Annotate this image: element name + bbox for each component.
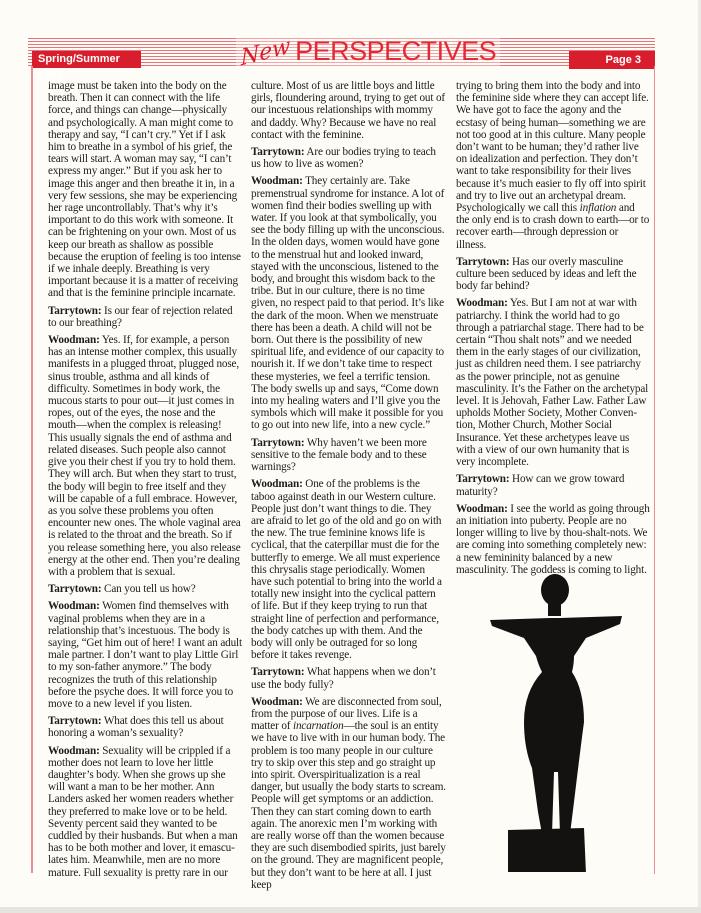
text-column-3: trying to bring them into the body and i… — [456, 80, 650, 581]
left-border-rule — [31, 66, 33, 873]
speaker-label: Tarrytown: — [251, 666, 304, 678]
paragraph-text: —the soul is an entity we have to live w… — [251, 720, 446, 891]
answer-paragraph: Woodman: We are disconnected from soul, … — [251, 696, 446, 891]
speaker-label: Woodman: — [48, 334, 100, 346]
paragraph: image must be taken into the body on the… — [48, 80, 242, 300]
speaker-label: Woodman: — [251, 175, 303, 187]
paragraph-text: One of the problems is the taboo against… — [251, 478, 442, 661]
text-column-2: culture. Most of us are little boys and … — [251, 80, 446, 896]
paragraph-text: Yes. But I am not at war with patriarchy… — [456, 297, 648, 468]
question-paragraph: Tarrytown: What does this tell us about … — [48, 715, 242, 739]
speaker-label: Woodman: — [48, 600, 100, 612]
emphasis-text: incarnation — [293, 720, 344, 732]
answer-paragraph: Woodman: Yes. If, for example, a person … — [48, 334, 242, 578]
answer-paragraph: Woodman: Women find themselves with vagi… — [48, 600, 242, 710]
page-number: Page 3 — [606, 54, 641, 66]
text-column-1: image must be taken into the body on the… — [48, 80, 242, 884]
answer-paragraph: Woodman: I see the world as going throug… — [456, 503, 650, 576]
question-paragraph: Tarrytown: What happens when we don’t us… — [251, 666, 446, 690]
paragraph-text: Can you tell us how? — [101, 583, 195, 595]
question-paragraph: Tarrytown: Why haven’t we been more sens… — [251, 437, 446, 474]
paragraph-text: culture. Most of us are little boys and … — [251, 80, 445, 141]
answer-paragraph: Woodman: Sexuality will be crippled if a… — [48, 745, 242, 879]
paragraph-text: Sexuality will be crippled if a mother d… — [48, 745, 238, 879]
page-header: Spring/Summer 1990 New PERSPECTIVES Page… — [28, 38, 655, 68]
speaker-label: Woodman: — [251, 696, 303, 708]
speaker-label: Tarrytown: — [251, 146, 304, 158]
masthead-title: PERSPECTIVES — [295, 34, 496, 68]
issue-date-badge: Spring/Summer 1990 — [32, 51, 141, 68]
speaker-label: Tarrytown: — [456, 473, 509, 485]
paragraph-text: trying to bring them into the body and i… — [456, 80, 649, 214]
speaker-label: Tarrytown: — [251, 437, 304, 449]
emphasis-text: inflation — [580, 202, 617, 214]
question-paragraph: Tarrytown: Has our overly masculine cult… — [456, 256, 650, 293]
paragraph-text: image must be taken into the body on the… — [48, 80, 241, 299]
paragraph: trying to bring them into the body and i… — [456, 80, 650, 251]
goddess-statue-image — [480, 572, 630, 872]
question-paragraph: Tarrytown: Can you tell us how? — [48, 583, 242, 595]
goddess-statue-icon — [480, 572, 630, 872]
question-paragraph: Tarrytown: How can we grow toward maturi… — [456, 473, 650, 497]
question-paragraph: Tarrytown: Is our fear of rejection rela… — [48, 305, 242, 329]
answer-paragraph: Woodman: Yes. But I am not at war with p… — [456, 297, 650, 468]
page-bottom-edge — [0, 907, 701, 913]
issue-date: Spring/Summer 1990 — [38, 53, 120, 82]
paragraph-text: They certainly are. Take premenstrual sy… — [251, 175, 444, 431]
speaker-label: Woodman: — [456, 297, 508, 309]
speaker-label: Woodman: — [48, 745, 100, 757]
answer-paragraph: Woodman: They certainly are. Take premen… — [251, 175, 446, 431]
speaker-label: Tarrytown: — [48, 715, 101, 727]
question-paragraph: Tarrytown: Are our bodies trying to teac… — [251, 146, 446, 170]
paragraph-text: Women find themselves with vaginal probl… — [48, 600, 242, 710]
masthead-logo: New PERSPECTIVES — [236, 32, 500, 68]
answer-paragraph: Woodman: One of the problems is the tabo… — [251, 478, 446, 661]
speaker-label: Woodman: — [456, 503, 508, 515]
page-number-badge: Page 3 — [569, 51, 655, 69]
speaker-label: Tarrytown: — [48, 305, 101, 317]
right-border-rule — [654, 66, 655, 874]
speaker-label: Tarrytown: — [48, 583, 101, 595]
paragraph: culture. Most of us are little boys and … — [251, 80, 446, 141]
speaker-label: Woodman: — [251, 478, 303, 490]
paragraph-text: Yes. If, for example, a person has an in… — [48, 334, 241, 578]
speaker-label: Tarrytown: — [456, 256, 509, 268]
